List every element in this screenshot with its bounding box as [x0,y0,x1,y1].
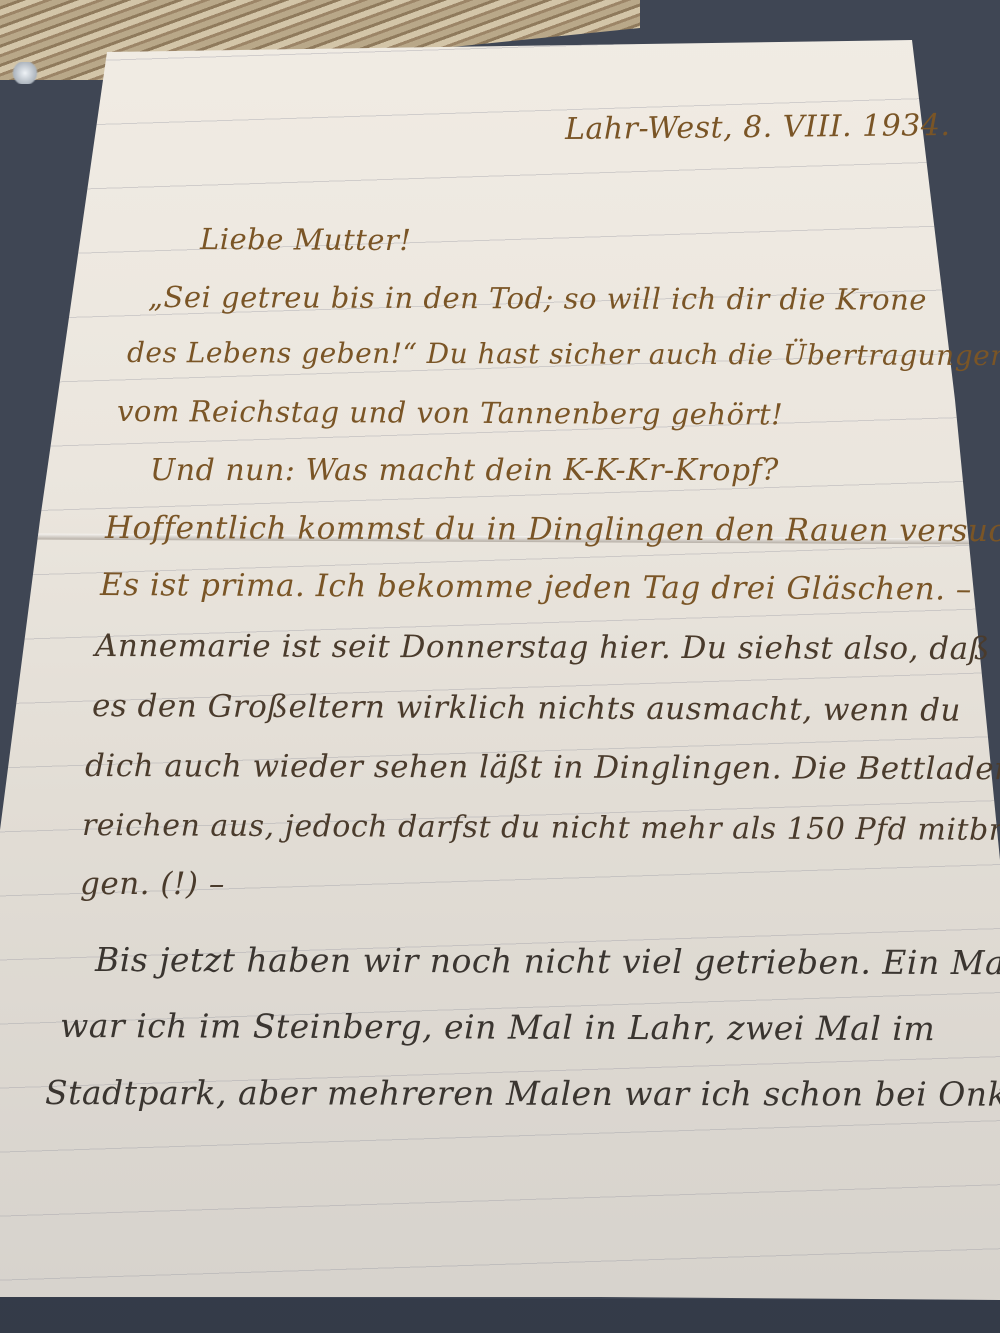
letter-line: Hoffentlich kommst du in Dinglingen den … [105,510,1000,549]
letter-line: dich auch wieder sehen läßt in Dinglinge… [85,748,1000,787]
letter-line: Stadtpark, aber mehreren Malen war ich s… [45,1073,1000,1114]
letter-line: vom Reichstag und von Tannenberg gehört! [117,394,783,431]
letter-line: „Sei getreu bis in den Tod; so will ich … [148,280,927,317]
letter-line: gen. (!) – [80,866,225,902]
letter-line: Bis jetzt haben wir noch nicht viel getr… [95,940,1000,982]
letter-line: des Lebens geben!“ Du hast sicher auch d… [127,336,1000,372]
letter-line: Es ist prima. Ich bekomme jeden Tag drei… [100,567,972,608]
letter-line: war ich im Steinberg, ein Mal in Lahr, z… [60,1006,935,1048]
letter-line: es den Großeltern wirklich nichts ausmac… [92,688,961,729]
letter-line: reichen aus, jedoch darfst du nicht mehr… [82,808,1000,848]
salutation: Liebe Mutter! [200,222,412,257]
place-date: Lahr-West, 8. VIII. 1934. [565,108,951,147]
letter-line: Und nun: Was macht dein K-K-Kr-Kropf? [150,453,779,488]
letter-text: Lahr-West, 8. VIII. 1934. Liebe Mutter! … [0,0,1000,1333]
letter-line: Annemarie ist seit Donnerstag hier. Du s… [95,628,990,667]
